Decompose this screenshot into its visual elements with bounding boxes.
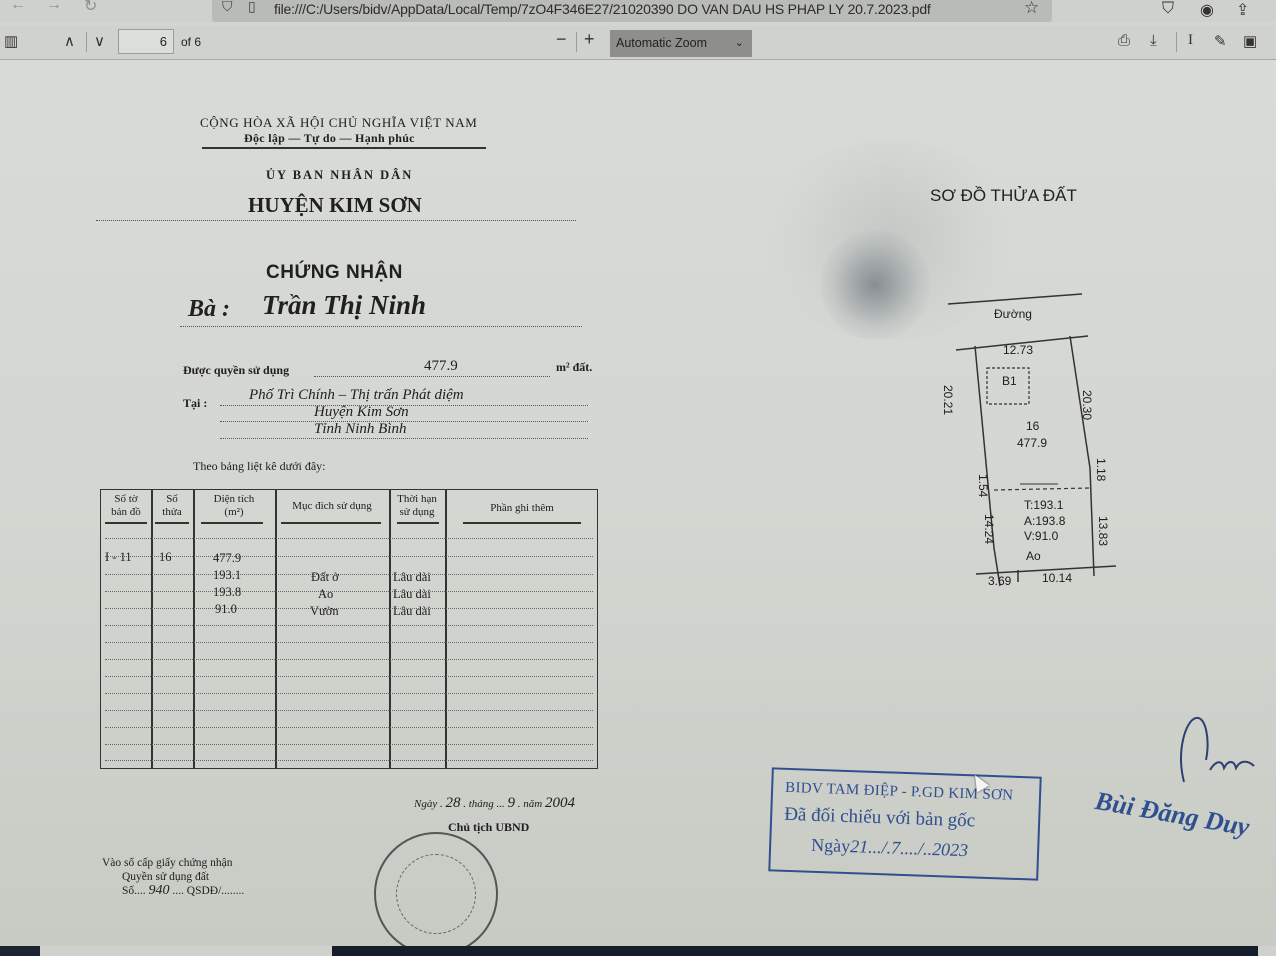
table-intro: Theo bảng liệt kê dưới đây:	[193, 459, 325, 474]
location-line-2: Huyện Kim Sơn	[314, 404, 409, 421]
header-line: Số	[151, 493, 193, 506]
date-year-label: năm	[523, 798, 542, 810]
bookmark-star-icon[interactable]: ☆	[1024, 0, 1039, 18]
left-lower-length: 14.24	[982, 514, 996, 544]
taskbar-segment	[0, 946, 40, 956]
page-number-input[interactable]: 6	[118, 29, 174, 54]
toolbar-divider	[1176, 32, 1177, 52]
row-rule	[105, 760, 593, 761]
header-line: Diện tích	[193, 493, 275, 506]
parcel-number: 16	[1026, 419, 1039, 433]
tracking-shield-icon[interactable]: ⛉	[222, 0, 233, 15]
next-page-button[interactable]: ∨	[94, 32, 105, 50]
district-name: HUYỆN KIM SƠN	[248, 193, 422, 218]
stamp-date: Ngày21.../.7..../..2023	[811, 835, 969, 861]
header-purpose: Mục đích sử dụng	[275, 500, 389, 513]
browser-nav-bar: ← → ↻ ⛉ ▯ file:///C:/Users/bidv/AppData/…	[0, 0, 1276, 22]
row-rule	[105, 538, 593, 539]
date-month-label: tháng	[469, 798, 494, 810]
cell-purpose: Đất ở	[311, 570, 339, 585]
building-label: B1	[1002, 374, 1017, 388]
header-underline	[155, 522, 189, 524]
dotted-fill-line	[314, 376, 550, 377]
cell-area: 193.8	[213, 585, 241, 600]
road-label: Đường	[994, 307, 1032, 321]
page-count-label: of 6	[181, 35, 201, 49]
sidebar-toggle-icon[interactable]: ▥	[4, 32, 18, 50]
right-mid-length: 1.18	[1094, 458, 1108, 481]
header-note: Phần ghi thêm	[445, 502, 599, 515]
location-line-1: Phố Trì Chính – Thị trấn Phát diệm	[249, 387, 464, 404]
header-underline	[201, 522, 263, 524]
date-year: 2004	[545, 795, 575, 811]
usage-area-value: 477.9	[424, 358, 458, 375]
certificate-title: CHỨNG NHẬN	[266, 262, 403, 284]
registry-line-1: Vào sổ cấp giấy chứng nhận	[102, 856, 244, 870]
taskbar-edge	[0, 946, 1276, 956]
header-line: Phần ghi thêm	[445, 502, 599, 515]
cell-purpose: Vườn	[310, 604, 339, 619]
row-rule	[105, 556, 593, 557]
parcel-area: 477.9	[1017, 436, 1047, 450]
row-rule	[105, 574, 593, 575]
cell-area: 91.0	[215, 602, 237, 617]
zoom-select-value: Automatic Zoom	[616, 36, 707, 50]
save-icon[interactable]: ⤓	[1150, 32, 1157, 49]
dotted-divider	[180, 326, 582, 327]
date-month: 9	[508, 795, 516, 811]
left-upper-length: 20.21	[941, 385, 955, 415]
seal-emblem	[396, 854, 476, 934]
pocket-icon[interactable]: ⛉	[1162, 0, 1174, 18]
stamp-verified-text: Đã đối chiếu với bản gốc	[784, 804, 976, 833]
url-bar[interactable]: ⛉ ▯ file:///C:/Users/bidv/AppData/Local/…	[212, 0, 1052, 22]
header-line: Thời hạn	[389, 493, 445, 506]
header-line: Số tờ	[101, 493, 151, 506]
sub-area-list: T:193.1 A:193.8 V:91.0	[1024, 498, 1065, 545]
location-line-3: Tỉnh Ninh Bình	[314, 421, 407, 438]
header-underline	[463, 522, 581, 524]
header-line: (m²)	[193, 506, 275, 519]
registry-number-suffix: QSDĐ/	[187, 885, 222, 897]
signatory-title: Chủ tịch UBND	[448, 820, 529, 835]
usage-area-unit: m² đất.	[556, 360, 592, 375]
row-rule	[105, 727, 593, 728]
header-line: thửa	[151, 506, 193, 519]
row-rule	[105, 676, 593, 677]
registry-number-prefix: Số	[122, 885, 134, 897]
stamp-date-prefix: Ngày	[811, 835, 851, 856]
sub-area-label: Ao	[1026, 549, 1041, 563]
header-underline	[281, 522, 381, 524]
cell-area: 477.9	[213, 551, 241, 566]
cell-term: Lâu dài	[393, 587, 431, 602]
taskbar-segment	[332, 946, 1258, 956]
page-info-icon[interactable]: ▯	[248, 0, 256, 15]
header-map-sheet: Số tờ bản đồ	[101, 493, 151, 519]
cell-parcel: 16	[159, 550, 172, 565]
row-rule	[105, 710, 593, 711]
row-rule	[105, 659, 593, 660]
zoom-in-button[interactable]: +	[584, 29, 595, 50]
issue-date: Ngày . 28 . tháng ... 9 . năm 2004	[414, 795, 575, 812]
cell-purpose: Ao	[318, 587, 333, 602]
land-table: Số tờ bản đồ Số thửa Diện tích (m²) Mục …	[100, 489, 598, 769]
date-prefix: Ngày	[414, 798, 437, 810]
bottom-left-length: 3.69	[988, 574, 1011, 588]
diagram-title: SƠ ĐỒ THỬA ĐẤT	[930, 186, 1077, 206]
usage-label: Được quyền sử dụng	[183, 363, 289, 378]
header-underline	[105, 522, 147, 524]
registry-line-2: Quyền sử dụng đất	[102, 870, 244, 884]
row-rule	[105, 693, 593, 694]
pdf-toolbar: ▥ ∧ ∨ 6 of 6 − + Automatic Zoom ⌄ ⎙ ⤓ I …	[0, 26, 1276, 60]
toolbar-divider	[86, 32, 87, 52]
row-rule	[105, 591, 593, 592]
cell-term: Lâu dài	[393, 604, 431, 619]
sub-area-residential: T:193.1	[1024, 498, 1065, 514]
national-header: CỘNG HÒA XÃ HỘI CHỦ NGHĨA VIỆT NAM	[200, 115, 477, 131]
header-area: Diện tích (m²)	[193, 493, 275, 519]
official-seal	[374, 832, 498, 956]
national-motto: Độc lập — Tự do — Hạnh phúc	[244, 131, 415, 146]
registry-number: 940	[149, 883, 170, 898]
row-rule	[105, 608, 593, 609]
handwritten-signature	[1166, 710, 1266, 790]
header-parcel: Số thửa	[151, 493, 193, 519]
holder-name: Trần Thị Ninh	[262, 290, 426, 321]
chevron-down-icon: ⌄	[735, 30, 744, 57]
registry-note: Vào sổ cấp giấy chứng nhận Quyền sử dụng…	[102, 856, 244, 898]
right-upper-length: 20.30	[1080, 390, 1094, 420]
image-tool-icon[interactable]: ▣	[1243, 32, 1257, 50]
zoom-out-button[interactable]: −	[556, 29, 567, 50]
forward-icon[interactable]: →	[46, 0, 62, 14]
bank-verification-stamp: BIDV TAM ĐIỆP - P.GD KIM SƠN Đã đối chiế…	[768, 767, 1041, 880]
cell-area: 193.1	[213, 568, 241, 583]
sub-area-pond: A:193.8	[1024, 514, 1065, 530]
header-line: sử dụng	[389, 506, 445, 519]
toolbar-divider	[576, 32, 577, 52]
browser-window: ← → ↻ ⛉ ▯ file:///C:/Users/bidv/AppData/…	[0, 0, 1276, 956]
cell-term: Lâu dài	[393, 570, 431, 585]
cell-map-sheet: I - 11	[105, 550, 132, 565]
right-lower-length: 13.83	[1096, 516, 1110, 546]
url-text[interactable]: file:///C:/Users/bidv/AppData/Local/Temp…	[274, 1, 931, 17]
back-icon[interactable]: ←	[10, 0, 26, 14]
dotted-divider	[96, 220, 576, 221]
sub-area-garden: V:91.0	[1024, 529, 1065, 545]
pdf-page: CỘNG HÒA XÃ HỘI CHỦ NGHĨA VIỆT NAM Độc l…	[0, 60, 1276, 950]
top-edge-length: 12.73	[1003, 343, 1033, 357]
row-rule	[105, 642, 593, 643]
row-rule	[105, 625, 593, 626]
left-mid-length: 1.54	[976, 474, 990, 497]
committee-label: ỦY BAN NHÂN DÂN	[266, 168, 413, 183]
motto-underline	[202, 147, 486, 149]
previous-page-button[interactable]: ∧	[64, 32, 75, 50]
stamp-date-value: 21.../.7..../..2023	[850, 836, 969, 860]
dotted-fill-line	[220, 438, 588, 439]
text-tool-icon[interactable]: I	[1188, 32, 1193, 49]
header-term: Thời hạn sử dụng	[389, 493, 445, 519]
bottom-right-length: 10.14	[1042, 571, 1072, 585]
extensions-icon[interactable]: ⇪	[1236, 0, 1249, 20]
header-underline	[397, 522, 439, 524]
row-rule	[105, 744, 593, 745]
header-line: Mục đích sử dụng	[275, 500, 389, 513]
print-icon[interactable]: ⎙	[1118, 32, 1130, 49]
account-icon[interactable]: ◉	[1200, 0, 1214, 20]
date-day: 28	[445, 795, 460, 811]
zoom-select[interactable]: Automatic Zoom ⌄	[610, 30, 752, 57]
holder-prefix: Bà :	[188, 296, 230, 323]
verifier-signature-name: Bùi Đăng Duy	[1093, 786, 1252, 843]
header-line: bản đồ	[101, 506, 151, 519]
location-label: Tại :	[183, 396, 207, 411]
draw-tool-icon[interactable]: ✎	[1214, 32, 1227, 50]
reload-icon[interactable]: ↻	[84, 0, 97, 16]
